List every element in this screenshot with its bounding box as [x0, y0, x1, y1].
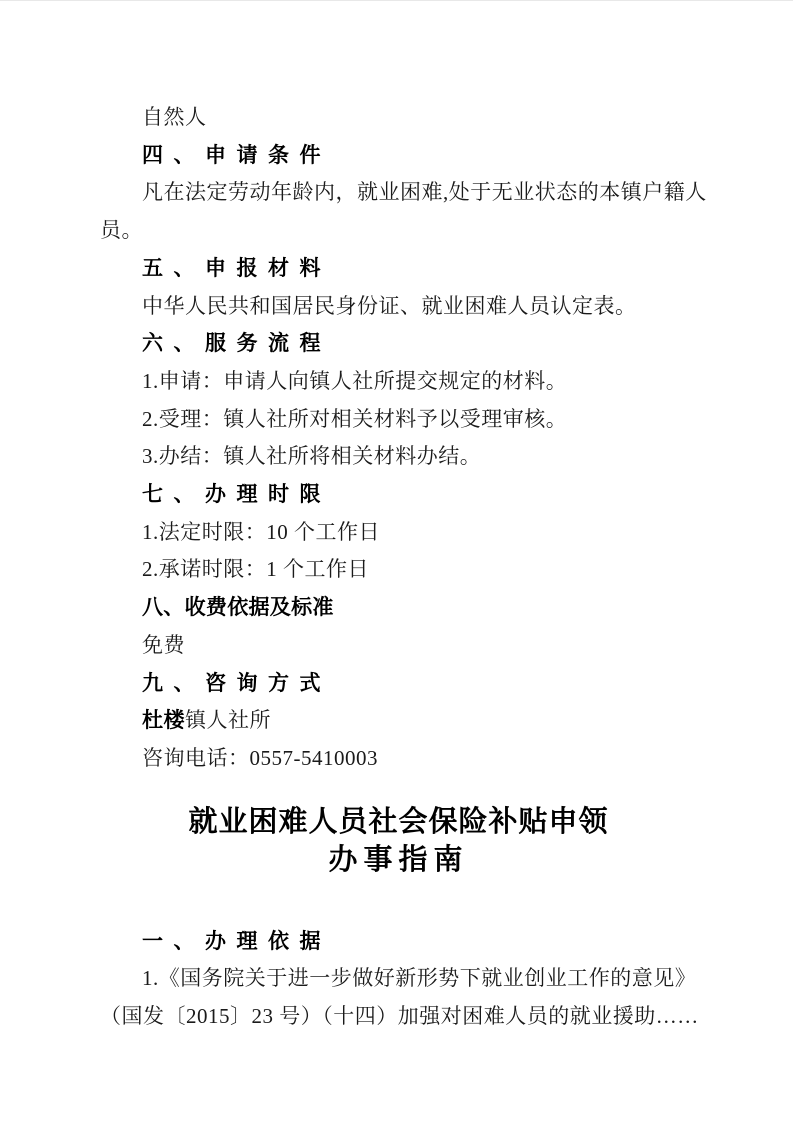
section6-step2: 2.受理：镇人社所对相关材料予以受理审核。 [100, 401, 697, 439]
document-content: 自然人 四、申请条件 凡在法定劳动年龄内，就业困难,处于无业状态的本镇户籍人 员… [100, 99, 697, 1036]
applicant-type-line: 自然人 [100, 99, 697, 137]
section4-body-line2: 员。 [100, 212, 697, 250]
guide2-title: 就业困难人员社会保险补贴申领 办事指南 [100, 803, 697, 879]
document-page: 自然人 四、申请条件 凡在法定劳动年龄内，就业困难,处于无业状态的本镇户籍人 员… [0, 0, 793, 1122]
section4-body-line1: 凡在法定劳动年龄内，就业困难,处于无业状态的本镇户籍人 [100, 174, 697, 212]
guide2-title-line2: 办事指南 [100, 841, 697, 879]
section6-step1: 1.申请：申请人向镇人社所提交规定的材料。 [100, 363, 697, 401]
section7-item1: 1.法定时限：10 个工作日 [100, 514, 697, 552]
section9-heading: 九、咨询方式 [100, 665, 697, 703]
section8-heading: 八、收费依据及标准 [100, 589, 697, 627]
section6-step3: 3.办结：镇人社所将相关材料办结。 [100, 438, 697, 476]
guide2-title-line1: 就业困难人员社会保险补贴申领 [100, 803, 697, 841]
guide2-section1-heading: 一、办理依据 [100, 923, 697, 961]
guide2-section1-body-line1: 1.《国务院关于进一步做好新形势下就业创业工作的意见》 [100, 960, 697, 998]
guide2-section1-body-line2: （国发〔2015〕23 号）（十四）加强对困难人员的就业援助…… [100, 998, 697, 1036]
office-name-bold: 杜楼 [142, 709, 185, 732]
office-name-rest: 镇人社所 [185, 708, 271, 732]
section8-body: 免费 [100, 627, 697, 665]
section4-heading: 四、申请条件 [100, 137, 697, 175]
section5-body: 中华人民共和国居民身份证、就业困难人员认定表。 [100, 288, 697, 326]
section9-office-line: 杜楼镇人社所 [100, 702, 697, 740]
section7-item2: 2.承诺时限：1 个工作日 [100, 551, 697, 589]
section5-heading: 五、申报材料 [100, 250, 697, 288]
section9-phone-line: 咨询电话：0557-5410003 [100, 740, 697, 778]
section6-heading: 六、服务流程 [100, 325, 697, 363]
section7-heading: 七、办理时限 [100, 476, 697, 514]
